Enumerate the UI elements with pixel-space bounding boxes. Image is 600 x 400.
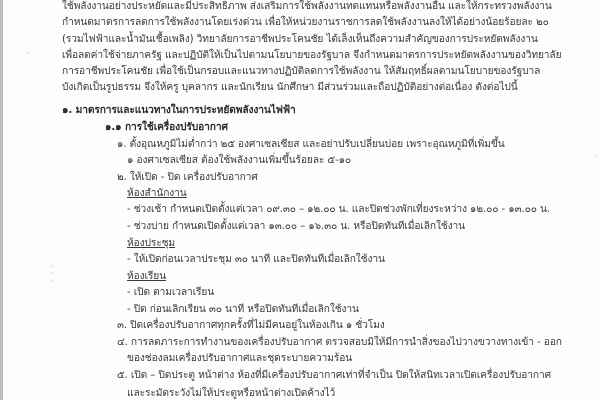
list-item-line: ๔. การลดภาระการทำงานของเครื่องปรับอากาศ …: [117, 336, 562, 350]
document-page: ใช้พลังงานอย่างประหยัดและมีประสิทธิภาพ ส…: [0, 0, 600, 400]
schedule-line: - เปิด ตามเวลาเรียน: [127, 286, 214, 300]
section-heading: ๑. มาตรการและแนวทางในการประหยัดพลังงานไฟ…: [62, 104, 296, 118]
list-item-line: ๒. ให้เปิด - ปิด เครื่องปรับอากาศ: [117, 171, 258, 185]
intro-paragraph-line: กำหนดมาตรการลดการใช้พลังงานโดยเร่งด่วน เ…: [62, 16, 549, 30]
schedule-line: - ช่วงบ่าย กำหนดเปิดตั้งแต่เวลา ๑๓.๐๐ – …: [127, 220, 465, 234]
schedule-line: - ช่วงเช้า กำหนดเปิดตั้งแต่เวลา ๐๙.๓๐ – …: [127, 203, 550, 217]
subsection-heading: ๑.๑ การใช้เครื่องปรับอากาศ: [105, 121, 228, 135]
room-label-classroom: ห้องเรียน: [127, 270, 166, 284]
room-label-meeting: ห้องประชุม: [127, 237, 175, 251]
list-item-continuation: ๑ องศาเซลเซียส ต้องใช้พลังงานเพิ่มขึ้นร้…: [127, 154, 351, 168]
intro-paragraph-line: การอาชีพประโคนชัย เพื่อใช้เป็นกรอบและแนว…: [62, 65, 540, 79]
schedule-line: - ให้เปิดก่อนเวลาประชุม ๓๐ นาที และปิดทั…: [127, 253, 385, 267]
intro-paragraph-line: ใช้พลังงานอย่างประหยัดและมีประสิทธิภาพ ส…: [62, 0, 552, 14]
list-item-continuation: และระมัดระวังไม่ให้ประตูหรือหน้าต่างเปิด…: [127, 387, 335, 400]
page-left-border: [0, 0, 3, 400]
room-label-office: ห้องสำนักงาน: [127, 187, 187, 201]
scan-artifact: [52, 265, 53, 267]
scan-artifact: [595, 155, 596, 157]
schedule-line: - ปิด ก่อนเลิกเรียน ๓๐ นาที หรือปิดทันที…: [127, 303, 359, 317]
intro-paragraph-line: บังเกิดเป็นรูปธรรม จึงให้ครู บุคลากร และ…: [62, 81, 518, 95]
intro-paragraph-line: เพื่อลดค่าใช้จ่ายภาครัฐ และปฏิบัติให้เป็…: [62, 49, 561, 63]
list-item-line: ๕. เปิด – ปิดประตู หน้าต่าง ห้องที่มีเคร…: [117, 369, 551, 383]
list-item-continuation: ของช่องลมเครื่องปรับอากาศและชุดระบายความ…: [127, 352, 352, 366]
scan-artifact: [52, 272, 53, 274]
list-item-line: ๓. ปิดเครื่องปรับอากาศทุกครั้งที่ไม่มีคน…: [117, 319, 385, 333]
list-item-line: ๑. ตั้งอุณหภูมิไม่ต่ำกว่า ๒๕ องศาเซลเซีย…: [117, 138, 505, 152]
intro-paragraph-line: (รวมไฟฟ้าและน้ำมันเชื้อเพลิง) วิทยาลัยกา…: [62, 33, 538, 47]
scan-artifact: [27, 52, 28, 54]
scan-artifact: [52, 280, 53, 282]
